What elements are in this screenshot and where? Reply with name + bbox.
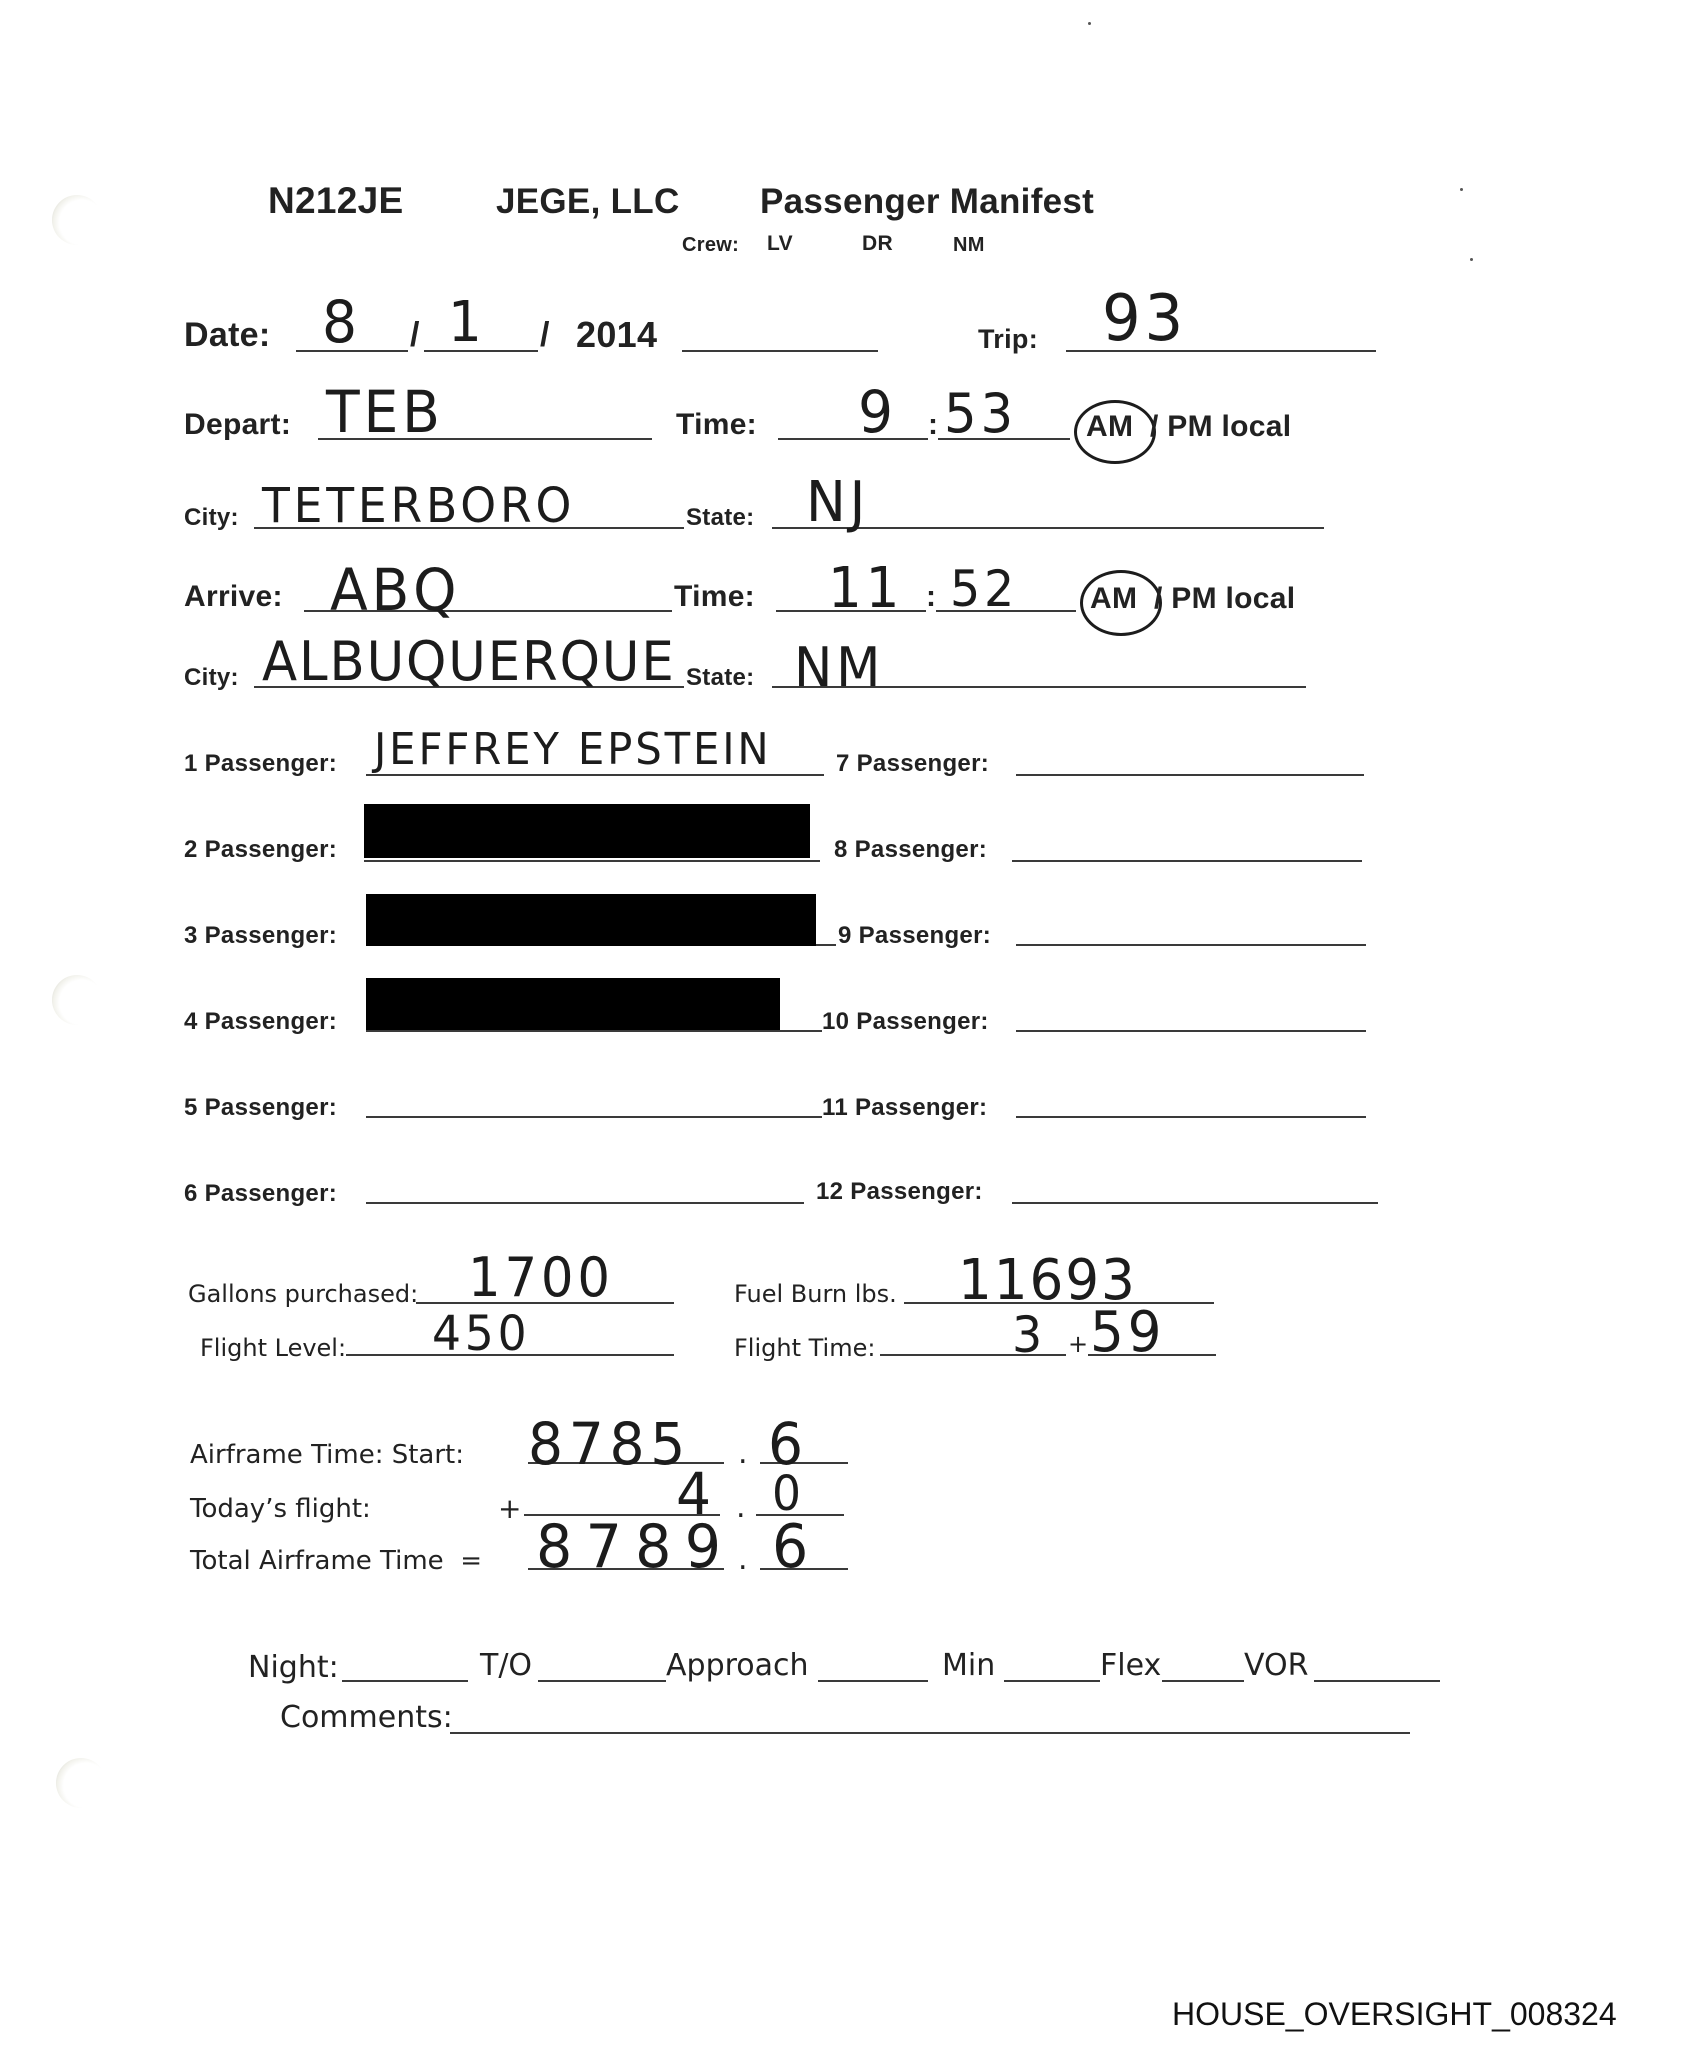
depart-am-option[interactable]: AM	[1086, 410, 1133, 444]
trip-number-field[interactable]: 93	[1102, 282, 1187, 356]
airframe-start-whole-field[interactable]: 8785	[528, 1410, 691, 1478]
passenger-12-label: 12 Passenger:	[816, 1178, 983, 1206]
depart-airport-field[interactable]: TEB	[326, 378, 444, 446]
passenger-7-label: 7 Passenger:	[836, 750, 989, 778]
to-label: T/O	[480, 1648, 532, 1683]
page-title: Passenger Manifest	[760, 182, 1094, 222]
decimal-point: .	[736, 1490, 746, 1525]
time-colon: :	[928, 408, 938, 442]
depart-state-label: State:	[686, 504, 754, 532]
depart-hour-field[interactable]: 9	[858, 378, 897, 446]
passenger-8-label: 8 Passenger:	[834, 836, 987, 864]
night-label: Night:	[248, 1650, 339, 1685]
total-airframe-whole-field[interactable]: 8789	[536, 1512, 734, 1582]
night-field[interactable]	[342, 1680, 468, 1682]
arrive-state-field[interactable]: NM	[794, 636, 884, 699]
binder-hole-top	[52, 195, 102, 245]
depart-pm-local: / PM local	[1150, 410, 1291, 444]
date-separator: /	[540, 316, 550, 355]
scan-speck	[1088, 22, 1091, 25]
vor-field[interactable]	[1314, 1680, 1440, 1682]
scan-speck	[1460, 188, 1463, 191]
binder-hole-middle	[52, 975, 102, 1025]
scan-speck	[1470, 258, 1473, 261]
arrive-city-field[interactable]: ALBUQUERQUE	[262, 630, 676, 693]
passenger-6-label: 6 Passenger:	[184, 1180, 337, 1208]
redaction-box	[366, 894, 816, 946]
binder-hole-bottom	[56, 1758, 106, 1808]
arrive-minute-field[interactable]: 52	[950, 560, 1018, 618]
passenger-1-label: 1 Passenger:	[184, 750, 337, 778]
flight-time-minutes-field[interactable]: 59	[1090, 1300, 1165, 1365]
flight-level-field[interactable]: 450	[432, 1306, 530, 1362]
arrive-hour-field[interactable]: 11	[828, 556, 903, 621]
arrive-label: Arrive:	[184, 580, 283, 614]
crew-label: Crew:	[682, 234, 739, 257]
depart-city-label: City:	[184, 504, 239, 532]
passenger-2-label: 2 Passenger:	[184, 836, 337, 864]
decimal-point: .	[738, 1542, 748, 1577]
airframe-start-label: Airframe Time: Start:	[190, 1440, 464, 1470]
fuel-burn-label: Fuel Burn lbs.	[734, 1280, 897, 1308]
flight-level-label: Flight Level:	[200, 1334, 346, 1362]
company-name: JEGE, LLC	[496, 182, 680, 222]
date-label: Date:	[184, 316, 271, 355]
date-year: 2014	[576, 314, 657, 356]
gallons-field[interactable]: 1700	[468, 1246, 614, 1309]
passenger-5-label: 5 Passenger:	[184, 1094, 337, 1122]
arrive-pm-local: / PM local	[1154, 582, 1295, 616]
depart-label: Depart:	[184, 408, 291, 442]
depart-state-field[interactable]: NJ	[806, 470, 869, 535]
depart-minute-field[interactable]: 53	[944, 382, 1017, 445]
depart-city-field[interactable]: TETERBORO	[262, 478, 575, 534]
passenger-11-label: 11 Passenger:	[822, 1094, 987, 1122]
tail-number: N212JE	[268, 180, 404, 222]
min-label: Min	[942, 1648, 995, 1683]
approach-label: Approach	[666, 1648, 809, 1683]
crew-member-2: DR	[862, 232, 893, 256]
date-day-field[interactable]: 1	[448, 290, 486, 355]
passenger-10-label: 10 Passenger:	[822, 1008, 989, 1036]
min-field[interactable]	[1004, 1680, 1100, 1682]
passenger-9-label: 9 Passenger:	[838, 922, 991, 950]
bates-number: HOUSE_OVERSIGHT_008324	[1172, 1996, 1617, 2033]
todays-flight-label: Today’s flight:	[190, 1494, 371, 1524]
passenger-1-field[interactable]: JEFFREY EPSTEIN	[374, 724, 772, 775]
plus-sign: +	[1068, 1330, 1088, 1358]
arrive-airport-field[interactable]: ABQ	[330, 556, 460, 624]
redaction-box	[366, 978, 780, 1030]
trip-label: Trip:	[978, 324, 1038, 355]
crew-member-1: LV	[767, 232, 793, 256]
redaction-box	[364, 804, 810, 858]
date-separator: /	[410, 316, 420, 355]
flex-label: Flex	[1100, 1648, 1161, 1683]
flight-time-label: Flight Time:	[734, 1334, 875, 1362]
decimal-point: .	[738, 1436, 748, 1471]
comments-field[interactable]	[450, 1732, 1410, 1734]
arrive-state-label: State:	[686, 664, 754, 692]
total-airframe-label: Total Airframe Time =	[190, 1546, 482, 1576]
approach-field[interactable]	[818, 1680, 928, 1682]
arrive-time-label: Time:	[674, 580, 755, 614]
passenger-4-label: 4 Passenger:	[184, 1008, 337, 1036]
to-field[interactable]	[538, 1680, 666, 1682]
flex-field[interactable]	[1162, 1680, 1244, 1682]
passenger-3-label: 3 Passenger:	[184, 922, 337, 950]
time-colon: :	[926, 580, 936, 614]
gallons-label: Gallons purchased:	[188, 1280, 418, 1308]
total-airframe-tenth-field[interactable]: 6	[772, 1512, 812, 1582]
plus-sign: +	[498, 1492, 521, 1525]
comments-label: Comments:	[280, 1700, 453, 1735]
depart-time-label: Time:	[676, 408, 757, 442]
flight-time-hours-field[interactable]: 3	[1012, 1306, 1046, 1364]
arrive-city-label: City:	[184, 664, 239, 692]
vor-label: VOR	[1244, 1648, 1308, 1683]
date-month-field[interactable]: 8	[322, 288, 361, 356]
arrive-am-option[interactable]: AM	[1090, 582, 1137, 616]
crew-member-3: NM	[953, 234, 985, 257]
